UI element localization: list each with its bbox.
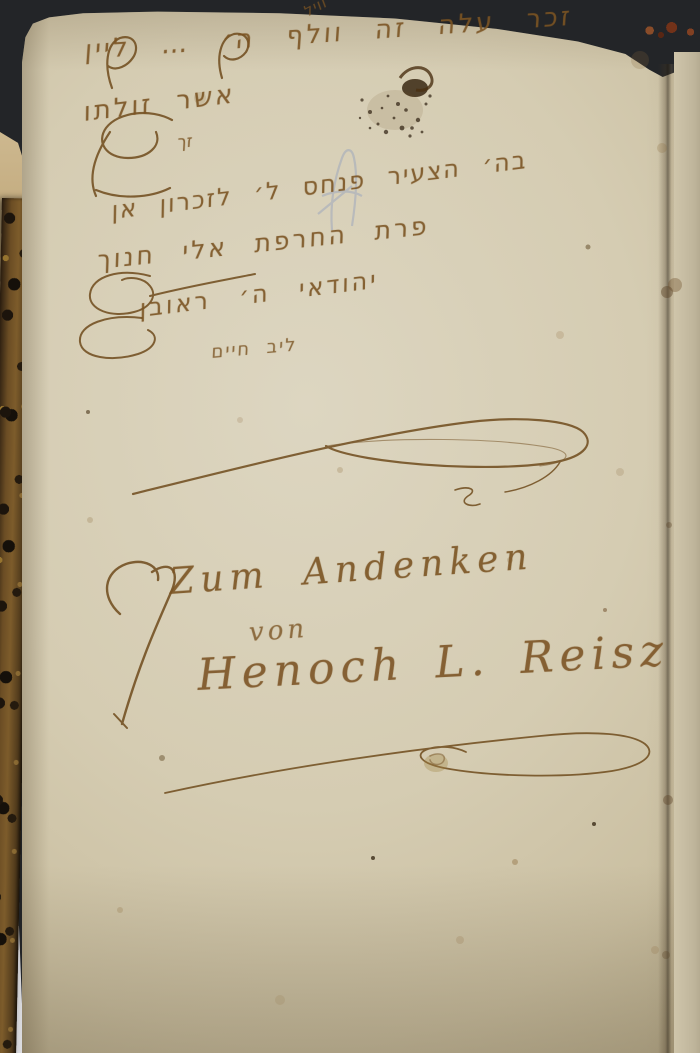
- german-preposition-line: von: [248, 614, 309, 648]
- binding-leather-spot: [637, 14, 700, 44]
- book-photo: זכר עלה זה וולף ה׳ … ליין וויל אשר זולתו…: [0, 0, 700, 1053]
- flyleaf-page: [22, 8, 700, 1053]
- hebrew-inscription-top-line-2-small: זך: [177, 132, 193, 153]
- facing-page-edge: [674, 52, 700, 1053]
